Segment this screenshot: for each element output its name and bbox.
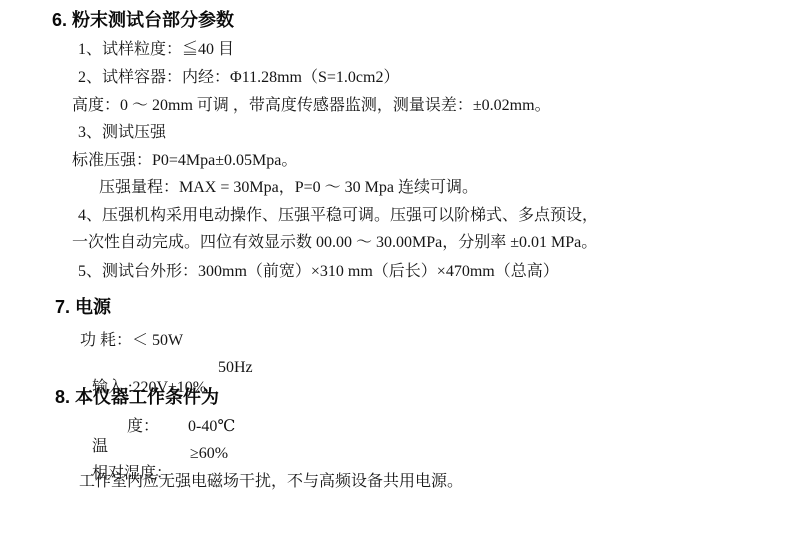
heading-powder-test-params: 6. 粉末测试台部分参数 bbox=[52, 9, 234, 31]
temperature-label-end: 度： bbox=[127, 417, 159, 437]
heading-power: 7. 电源 bbox=[55, 296, 111, 318]
line-pressure-display: 一次性自动完成。四位有效显示数 00.00 ～ 30.00MPa，分别率 ±0.… bbox=[72, 233, 597, 253]
line-sample-container: 2、试样容器：内经：Φ11.28mm（S=1.0cm2） bbox=[78, 68, 399, 88]
line-height-adjust: 高度：0 ～ 20mm 可调 ，带高度传感器监测，测量误差：±0.02mm。 bbox=[72, 96, 551, 116]
document-page: 6. 粉末测试台部分参数 1、试样粒度：≦40 目 2、试样容器：内经：Φ11.… bbox=[0, 0, 800, 536]
heading-working-conditions: 8. 本仪器工作条件为 bbox=[55, 386, 219, 408]
humidity-value: ≥60% bbox=[190, 444, 228, 464]
line-test-pressure: 3、测试压强 bbox=[78, 123, 166, 143]
line-test-stand-dimensions: 5、测试台外形：300mm（前宽）×310 mm（后长）×470mm（总高） bbox=[78, 262, 559, 282]
line-sample-granularity: 1、试样粒度：≦40 目 bbox=[78, 40, 234, 60]
line-power-consumption: 功 耗：＜ 50W bbox=[80, 331, 183, 351]
power-input-frequency: 50Hz bbox=[218, 358, 253, 378]
temperature-value: 0-40℃ bbox=[188, 417, 235, 437]
line-emi-note: 工作室内应无强电磁场干扰，不与高频设备共用电源。 bbox=[79, 472, 463, 492]
line-pressure-range: 压强量程：MAX = 30Mpa，P=0 ～ 30 Mpa 连续可调。 bbox=[99, 178, 478, 198]
line-standard-pressure: 标准压强：P0=4Mpa±0.05Mpa。 bbox=[72, 151, 297, 171]
line-pressure-mechanism: 4、压强机构采用电动操作、压强平稳可调。压强可以阶梯式、多点预设， bbox=[78, 206, 598, 226]
